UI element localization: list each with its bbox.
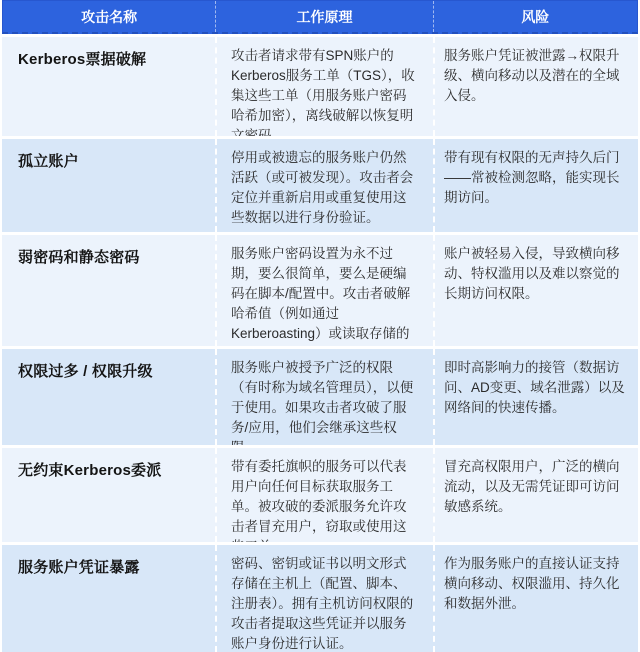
attack-name-cell: 权限过多 / 权限升级 xyxy=(2,349,215,445)
header-risk: 风险 xyxy=(433,1,637,32)
header-working-principle: 工作原理 xyxy=(215,1,432,32)
principle-cell: 服务账户被授予广泛的权限（有时称为域名管理员），以便于使用。如果攻击者攻破了服务… xyxy=(215,349,433,445)
table-row-weak-static-passwords: 弱密码和静态密码 服务账户密码设置为永不过期，要么很简单，要么是硬编码在脚本/配… xyxy=(2,235,638,346)
principle-cell: 攻击者请求带有SPN账户的Kerberos服务工单（TGS），收集这些工单（用服… xyxy=(215,37,433,136)
table-row-credential-exposure: 服务账户凭证暴露 密码、密钥或证书以明文形式存储在主机上（配置、脚本、注册表）。… xyxy=(2,545,638,652)
risk-cell: 服务账户凭证被泄露→权限升级、横向移动以及潜在的全域入侵。 xyxy=(433,37,638,136)
risk-cell: 账户被轻易入侵，导致横向移动、特权滥用以及难以察觉的长期访问权限。 xyxy=(433,235,638,346)
principle-cell: 密码、密钥或证书以明文形式存储在主机上（配置、脚本、注册表）。拥有主机访问权限的… xyxy=(215,545,433,652)
risk-cell: 带有现有权限的无声持久后门——常被检测忽略，能实现长期访问。 xyxy=(433,139,638,232)
table-row-excessive-privileges: 权限过多 / 权限升级 服务账户被授予广泛的权限（有时称为域名管理员），以便于使… xyxy=(2,349,638,445)
risk-cell: 冒充高权限用户，广泛的横向流动，以及无需凭证即可访问敏感系统。 xyxy=(433,448,638,542)
risk-cell: 作为服务账户的直接认证支持横向移动、权限滥用、持久化和数据外泄。 xyxy=(433,545,638,652)
attack-risk-table-page: 攻击名称 工作原理 风险 Kerberos票据破解 攻击者请求带有SPN账户的K… xyxy=(0,0,640,652)
attack-name-cell: 弱密码和静态密码 xyxy=(2,235,215,346)
attack-name-cell: 无约束Kerberos委派 xyxy=(2,448,215,542)
table-row-orphaned-accounts: 孤立账户 停用或被遗忘的服务账户仍然活跃（或可被发现）。攻击者会定位并重新启用或… xyxy=(2,139,638,232)
attack-name-cell: Kerberos票据破解 xyxy=(2,37,215,136)
table-row-unconstrained-delegation: 无约束Kerberos委派 带有委托旗帜的服务可以代表用户向任何目标获取服务工单… xyxy=(2,448,638,542)
attack-name-cell: 孤立账户 xyxy=(2,139,215,232)
header-attack-name: 攻击名称 xyxy=(3,1,215,32)
table-row-kerberoasting: Kerberos票据破解 攻击者请求带有SPN账户的Kerberos服务工单（T… xyxy=(2,37,638,136)
principle-cell: 服务账户密码设置为永不过期，要么很简单，要么是硬编码在脚本/配置中。攻击者破解哈… xyxy=(215,235,433,346)
principle-cell: 停用或被遗忘的服务账户仍然活跃（或可被发现）。攻击者会定位并重新启用或重复使用这… xyxy=(215,139,433,232)
risk-cell: 即时高影响力的接管（数据访问、AD变更、域名泄露）以及网络间的快速传播。 xyxy=(433,349,638,445)
principle-cell: 带有委托旗帜的服务可以代表用户向任何目标获取服务工单。被攻破的委派服务允许攻击者… xyxy=(215,448,433,542)
attack-name-cell: 服务账户凭证暴露 xyxy=(2,545,215,652)
table-header-row: 攻击名称 工作原理 风险 xyxy=(2,0,638,34)
